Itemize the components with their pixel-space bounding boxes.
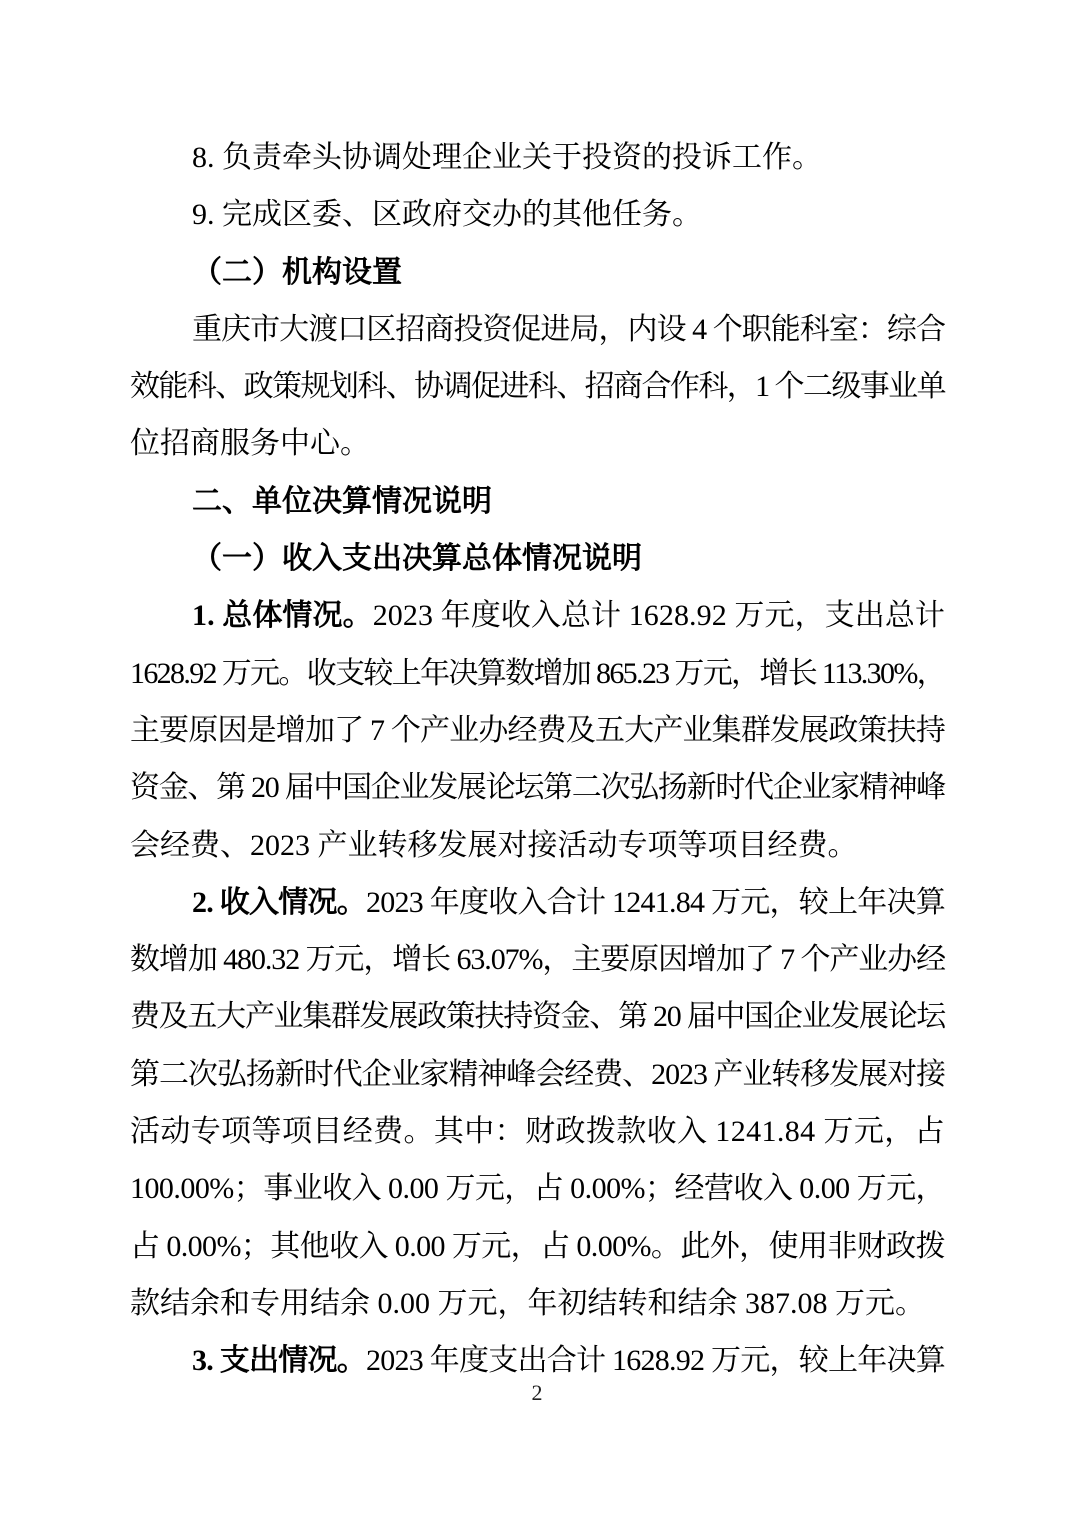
text-line-content: 2. 收入情况。2023 年度收入合计 1241.84 万元，较上年决算: [192, 874, 945, 931]
text-line-content: 活动专项等项目经费。其中：财政拨款收入 1241.84 万元，占: [130, 1103, 945, 1160]
text-line-content: 位招商服务中心。: [130, 415, 370, 472]
text-line: 1. 总体情况。2023 年度收入总计 1628.92 万元，支出总计: [130, 587, 945, 644]
text-line-content: 数增加 480.32 万元，增长 63.07%，主要原因增加了 7 个产业办经: [130, 931, 945, 988]
page-number: 2: [0, 1381, 1074, 1405]
text-run: 100.00%；事业收入 0.00 万元，占 0.00%；经营收入 0.00 万…: [130, 1172, 945, 1205]
text-line: 效能科、政策规划科、协调促进科、招商合作科，1 个二级事业单: [130, 358, 945, 415]
text-line: 资金、第 20 届中国企业发展论坛第二次弘扬新时代企业家精神峰: [130, 759, 945, 816]
text-line: 重庆市大渡口区招商投资促进局，内设 4 个职能科室：综合: [130, 301, 945, 358]
text-line-content: 主要原因是增加了 7 个产业办经费及五大产业集群发展政策扶持: [130, 702, 945, 759]
text-line-content: 费及五大产业集群发展政策扶持资金、第 20 届中国企业发展论坛: [130, 988, 945, 1045]
bold-text-run: 3. 支出情况。: [192, 1344, 366, 1377]
text-line-content: 8. 负责牵头协调处理企业关于投资的投诉工作。: [192, 129, 822, 186]
text-run: 2023 年度收入总计 1628.92 万元，支出总计: [373, 599, 945, 632]
text-line-content: 1628.92 万元。收支较上年决算数增加 865.23 万元，增长 113.3…: [130, 645, 945, 702]
text-line-content: 会经费、2023 产业转移发展对接活动专项等项目经费。: [130, 817, 858, 874]
text-run: 费及五大产业集群发展政策扶持资金、第 20 届中国企业发展论坛: [130, 1000, 945, 1033]
document-body: 8. 负责牵头协调处理企业关于投资的投诉工作。9. 完成区委、区政府交办的其他任…: [130, 129, 945, 1390]
document-page: 8. 负责牵头协调处理企业关于投资的投诉工作。9. 完成区委、区政府交办的其他任…: [0, 0, 1074, 1520]
bold-text-run: （二）机构设置: [192, 256, 402, 289]
text-line-content: （一）收入支出决算总体情况说明: [192, 530, 642, 587]
text-line-content: 款结余和专用结余 0.00 万元，年初结转和结余 387.08 万元。: [130, 1275, 925, 1332]
text-line: 9. 完成区委、区政府交办的其他任务。: [130, 186, 945, 243]
text-line: 活动专项等项目经费。其中：财政拨款收入 1241.84 万元，占: [130, 1103, 945, 1160]
text-line-content: 第二次弘扬新时代企业家精神峰会经费、2023 产业转移发展对接: [130, 1046, 945, 1103]
text-line-content: 占 0.00%；其他收入 0.00 万元，占 0.00%。此外，使用非财政拨: [130, 1218, 945, 1275]
text-line-content: 效能科、政策规划科、协调促进科、招商合作科，1 个二级事业单: [130, 358, 945, 415]
text-line-content: （二）机构设置: [192, 244, 402, 301]
text-line: 第二次弘扬新时代企业家精神峰会经费、2023 产业转移发展对接: [130, 1046, 945, 1103]
text-line-content: 9. 完成区委、区政府交办的其他任务。: [192, 186, 702, 243]
heading-line: （二）机构设置: [130, 244, 945, 301]
text-line: 8. 负责牵头协调处理企业关于投资的投诉工作。: [130, 129, 945, 186]
text-run: 效能科、政策规划科、协调促进科、招商合作科，1 个二级事业单: [130, 370, 945, 403]
text-line-content: 二、单位决算情况说明: [192, 473, 492, 530]
text-run: 款结余和专用结余 0.00 万元，年初结转和结余 387.08 万元。: [130, 1287, 925, 1320]
bold-text-run: 2. 收入情况。: [192, 886, 366, 919]
bold-text-run: （一）收入支出决算总体情况说明: [192, 542, 642, 575]
text-run: 9. 完成区委、区政府交办的其他任务。: [192, 198, 702, 231]
text-run: 第二次弘扬新时代企业家精神峰会经费、2023 产业转移发展对接: [130, 1058, 945, 1091]
text-line: 会经费、2023 产业转移发展对接活动专项等项目经费。: [130, 817, 945, 874]
text-run: 位招商服务中心。: [130, 427, 370, 460]
text-line-content: 100.00%；事业收入 0.00 万元，占 0.00%；经营收入 0.00 万…: [130, 1160, 945, 1217]
text-run: 1628.92 万元。收支较上年决算数增加 865.23 万元，增长 113.3…: [130, 657, 945, 690]
text-line-content: 资金、第 20 届中国企业发展论坛第二次弘扬新时代企业家精神峰: [130, 759, 945, 816]
text-line: 2. 收入情况。2023 年度收入合计 1241.84 万元，较上年决算: [130, 874, 945, 931]
text-run: 2023 年度支出合计 1628.92 万元，较上年决算: [366, 1344, 945, 1377]
text-line: 100.00%；事业收入 0.00 万元，占 0.00%；经营收入 0.00 万…: [130, 1160, 945, 1217]
text-line: 款结余和专用结余 0.00 万元，年初结转和结余 387.08 万元。: [130, 1275, 945, 1332]
heading-line: 二、单位决算情况说明: [130, 473, 945, 530]
text-run: 数增加 480.32 万元，增长 63.07%，主要原因增加了 7 个产业办经: [130, 943, 945, 976]
text-run: 8. 负责牵头协调处理企业关于投资的投诉工作。: [192, 141, 822, 174]
text-line: 占 0.00%；其他收入 0.00 万元，占 0.00%。此外，使用非财政拨: [130, 1218, 945, 1275]
heading-line: （一）收入支出决算总体情况说明: [130, 530, 945, 587]
text-run: 资金、第 20 届中国企业发展论坛第二次弘扬新时代企业家精神峰: [130, 771, 945, 804]
text-line-content: 1. 总体情况。2023 年度收入总计 1628.92 万元，支出总计: [192, 587, 945, 644]
text-run: 2023 年度收入合计 1241.84 万元，较上年决算: [366, 886, 945, 919]
bold-text-run: 二、单位决算情况说明: [192, 485, 492, 518]
text-run: 主要原因是增加了 7 个产业办经费及五大产业集群发展政策扶持: [130, 714, 945, 747]
text-line: 主要原因是增加了 7 个产业办经费及五大产业集群发展政策扶持: [130, 702, 945, 759]
text-run: 占 0.00%；其他收入 0.00 万元，占 0.00%。此外，使用非财政拨: [130, 1230, 945, 1263]
text-line: 费及五大产业集群发展政策扶持资金、第 20 届中国企业发展论坛: [130, 988, 945, 1045]
text-line-content: 重庆市大渡口区招商投资促进局，内设 4 个职能科室：综合: [192, 301, 945, 358]
text-run: 会经费、2023 产业转移发展对接活动专项等项目经费。: [130, 829, 858, 862]
bold-text-run: 1. 总体情况。: [192, 599, 373, 632]
text-line: 1628.92 万元。收支较上年决算数增加 865.23 万元，增长 113.3…: [130, 645, 945, 702]
text-run: 重庆市大渡口区招商投资促进局，内设 4 个职能科室：综合: [192, 313, 945, 346]
text-line: 数增加 480.32 万元，增长 63.07%，主要原因增加了 7 个产业办经: [130, 931, 945, 988]
text-line: 位招商服务中心。: [130, 415, 945, 472]
text-run: 活动专项等项目经费。其中：财政拨款收入 1241.84 万元，占: [130, 1115, 945, 1148]
